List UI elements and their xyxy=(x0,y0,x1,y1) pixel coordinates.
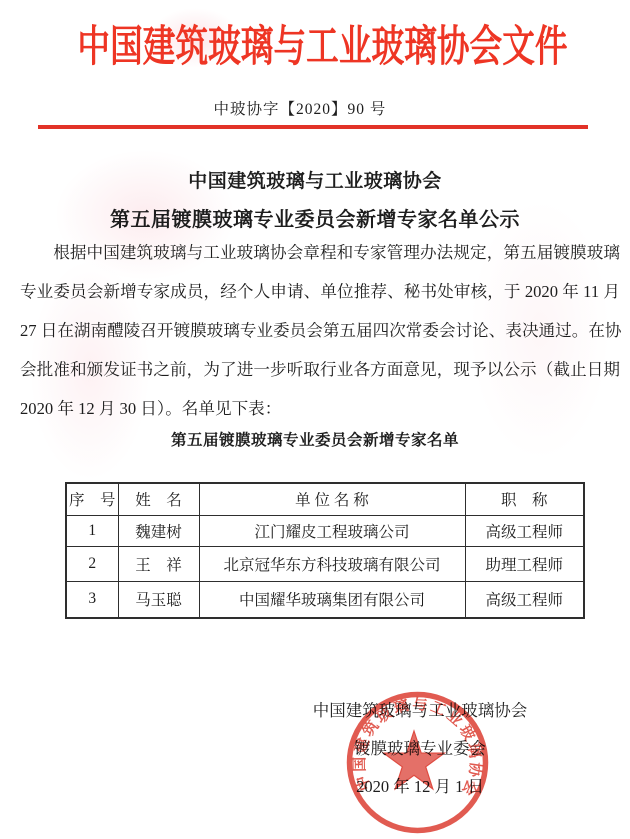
table-row: 2 王 祥 北京冠华东方科技玻璃有限公司 助理工程师 xyxy=(66,546,584,581)
document-page: { "colors": { "header-red": "#ee3524", "… xyxy=(0,0,630,839)
col-header-name: 姓 名 xyxy=(118,483,199,515)
table-header-row: 序 号 姓 名 单 位 名 称 职 称 xyxy=(66,483,584,515)
body-line: 2020 年 12 月 30 日）。名单见下表： xyxy=(20,389,620,428)
cell-index: 2 xyxy=(66,546,118,581)
cell-title: 助理工程师 xyxy=(465,546,584,581)
col-header-company: 单 位 名 称 xyxy=(199,483,465,515)
official-seal: 中国建筑玻璃与工业玻璃协会 xyxy=(345,690,490,835)
cell-company: 北京冠华东方科技玻璃有限公司 xyxy=(199,546,465,581)
cell-name: 王 祥 xyxy=(118,546,199,581)
red-divider-rule xyxy=(38,125,588,129)
body-line: 27 日在湖南醴陵召开镀膜玻璃专业委员会第五届四次常委会讨论、表决通过。在协 xyxy=(20,311,620,350)
body-line: 根据中国建筑玻璃与工业玻璃协会章程和专家管理办法规定，第五届镀膜玻璃 xyxy=(20,233,620,272)
cell-index: 1 xyxy=(66,515,118,546)
star-icon xyxy=(384,731,445,789)
expert-roster-table: 序 号 姓 名 单 位 名 称 职 称 1 魏建树 江门耀皮工程玻璃公司 高级工… xyxy=(65,482,585,619)
body-line: 会批准和颁发证书之前，为了进一步听取行业各方面意见，现予以公示（截止日期 xyxy=(20,350,620,389)
col-header-index: 序 号 xyxy=(66,483,118,515)
document-number: 中玻协字【2020】90 号 xyxy=(0,97,615,119)
table-row: 3 马玉聪 中国耀华玻璃集团有限公司 高级工程师 xyxy=(66,581,584,618)
cell-title: 高级工程师 xyxy=(465,515,584,546)
table-row: 1 魏建树 江门耀皮工程玻璃公司 高级工程师 xyxy=(66,515,584,546)
red-header-banner: 中国建筑玻璃与工业玻璃协会文件 xyxy=(0,13,630,74)
body-line: 专业委员会新增专家成员，经个人申请、单位推荐、秘书处审核，于 2020 年 11… xyxy=(20,272,620,311)
notice-title-org: 中国建筑玻璃与工业玻璃协会 xyxy=(0,166,630,193)
cell-company: 中国耀华玻璃集团有限公司 xyxy=(199,581,465,618)
notice-title-subject: 第五届镀膜玻璃专业委员会新增专家名单公示 xyxy=(0,203,630,232)
cell-company: 江门耀皮工程玻璃公司 xyxy=(199,515,465,546)
cell-name: 马玉聪 xyxy=(118,581,199,618)
association-file-title: 中国建筑玻璃与工业玻璃协会文件 xyxy=(77,13,567,74)
col-header-title: 职 称 xyxy=(465,483,584,515)
cell-name: 魏建树 xyxy=(118,515,199,546)
notice-body: 根据中国建筑玻璃与工业玻璃协会章程和专家管理办法规定，第五届镀膜玻璃 专业委员会… xyxy=(20,233,620,428)
table-caption: 第五届镀膜玻璃专业委员会新增专家名单 xyxy=(0,428,630,450)
cell-index: 3 xyxy=(66,581,118,618)
cell-title: 高级工程师 xyxy=(465,581,584,618)
